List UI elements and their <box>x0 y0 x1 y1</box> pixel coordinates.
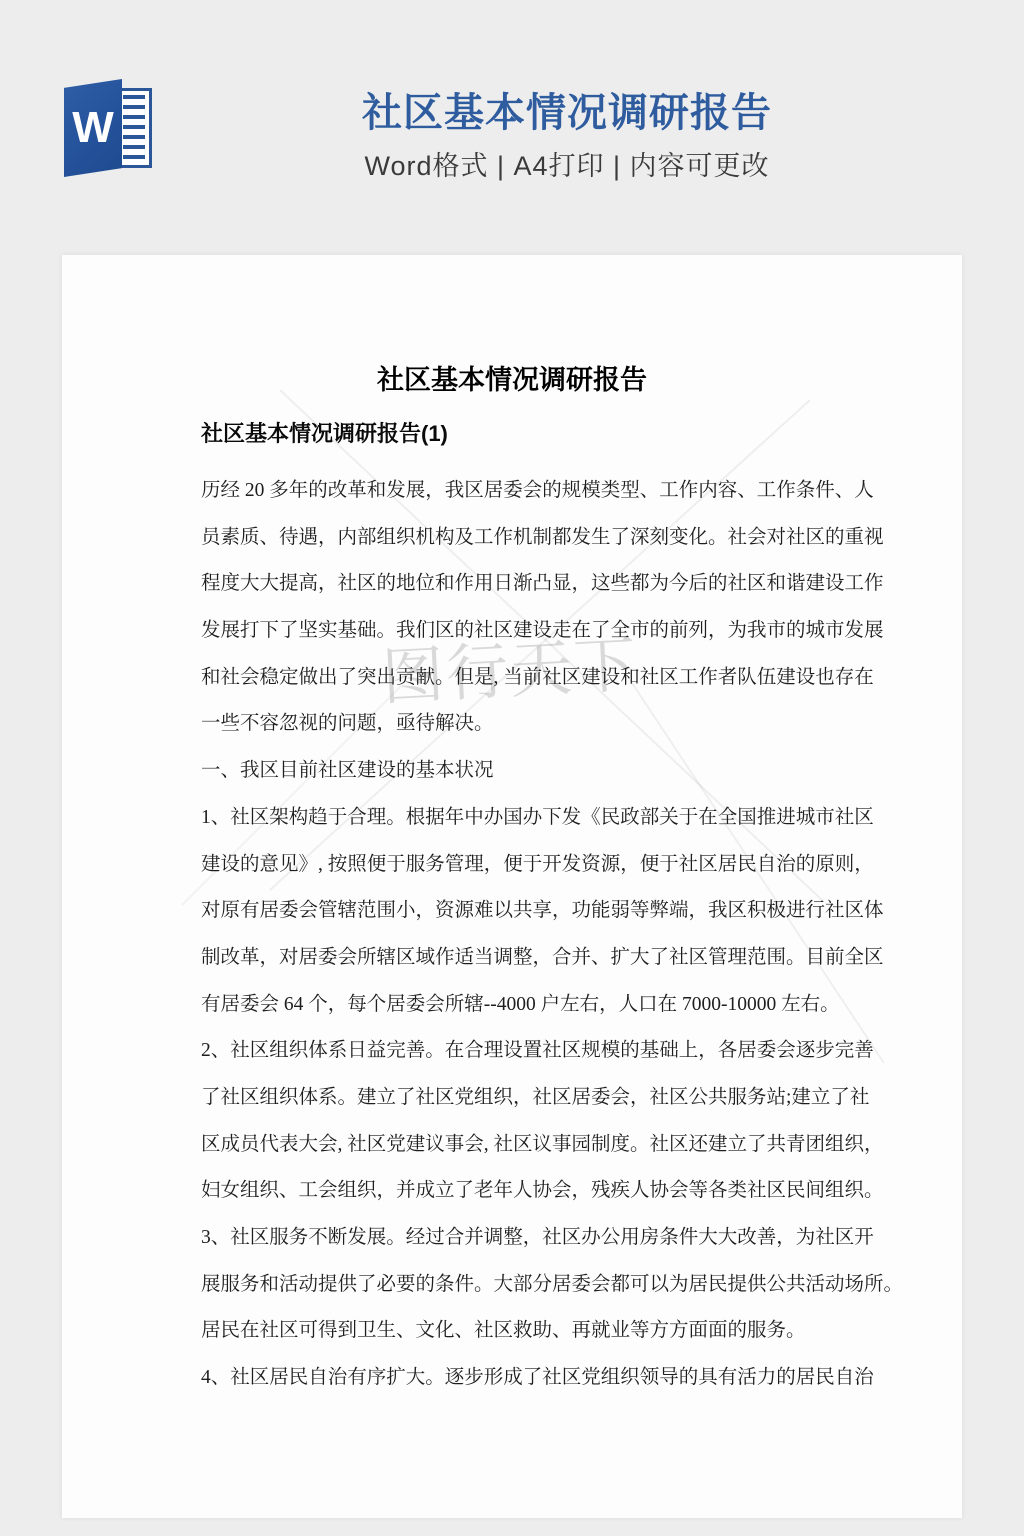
body-line: 一些不容忽视的问题，亟待解决。 <box>201 701 863 748</box>
body-line: 4、社区居民自治有序扩大。逐步形成了社区党组织领导的具有活力的居民自治 <box>201 1355 863 1402</box>
body-line: 3、社区服务不断发展。经过合并调整，社区办公用房条件大大改善，为社区开 <box>201 1215 863 1262</box>
body-line: 制改革，对居委会所辖区域作适当调整，合并、扩大了社区管理范围。目前全区 <box>201 935 863 982</box>
screen: W 社区基本情况调研报告 Word格式 | A4打印 | 内容可更改 图行天下 … <box>0 0 1024 1536</box>
template-header: W 社区基本情况调研报告 Word格式 | A4打印 | 内容可更改 <box>0 0 1024 255</box>
body-line: 区成员代表大会, 社区党建议事会, 社区议事园制度。社区还建立了共青团组织， <box>201 1122 863 1169</box>
header-title: 社区基本情况调研报告 <box>110 90 1024 136</box>
body-line: 居民在社区可得到卫生、文化、社区救助、再就业等方方面面的服务。 <box>201 1308 863 1355</box>
body-line: 员素质、待遇，内部组织机构及工作机制都发生了深刻变化。社会对社区的重视 <box>201 515 863 562</box>
body-line: 展服务和活动提供了必要的条件。大部分居委会都可以为居民提供公共活动场所。 <box>201 1262 863 1309</box>
body-line: 了社区组织体系。建立了社区党组织，社区居委会，社区公共服务站;建立了社 <box>201 1075 863 1122</box>
header-text-block: 社区基本情况调研报告 Word格式 | A4打印 | 内容可更改 <box>110 90 1024 182</box>
body-line: 妇女组织、工会组织，并成立了老年人协会，残疾人协会等各类社区民间组织。 <box>201 1168 863 1215</box>
header-subtitle: Word格式 | A4打印 | 内容可更改 <box>110 150 1024 182</box>
body-line: 历经 20 多年的改革和发展，我区居委会的规模类型、工作内容、工作条件、人 <box>201 468 863 515</box>
document-title: 社区基本情况调研报告 <box>62 363 962 397</box>
body-line: 有居委会 64 个，每个居委会所辖--4000 户左右，人口在 7000-100… <box>201 982 863 1029</box>
body-line: 和社会稳定做出了突出贡献。但是, 当前社区建设和社区工作者队伍建设也存在 <box>201 655 863 702</box>
body-line: 程度大大提高，社区的地位和作用日渐凸显，这些都为今后的社区和谐建设工作 <box>201 561 863 608</box>
document-page: 图行天下 社区基本情况调研报告 社区基本情况调研报告(1) 历经 20 多年的改… <box>62 255 962 1518</box>
body-line: 建设的意见》, 按照便于服务管理，便于开发资源，便于社区居民自治的原则， <box>201 842 863 889</box>
body-line: 一、我区目前社区建设的基本状况 <box>201 748 863 795</box>
body-line: 1、社区架构趋于合理。根据年中办国办下发《民政部关于在全国推进城市社区 <box>201 795 863 842</box>
body-line: 对原有居委会管辖范围小，资源难以共享，功能弱等弊端，我区积极进行社区体 <box>201 888 863 935</box>
document-body: 历经 20 多年的改革和发展，我区居委会的规模类型、工作内容、工作条件、人员素质… <box>201 468 863 1402</box>
document-heading: 社区基本情况调研报告(1) <box>201 419 448 449</box>
body-line: 2、社区组织体系日益完善。在合理设置社区规模的基础上，各居委会逐步完善 <box>201 1028 863 1075</box>
body-line: 发展打下了坚实基础。我们区的社区建设走在了全市的前列，为我市的城市发展 <box>201 608 863 655</box>
word-icon-letter: W <box>72 106 114 150</box>
